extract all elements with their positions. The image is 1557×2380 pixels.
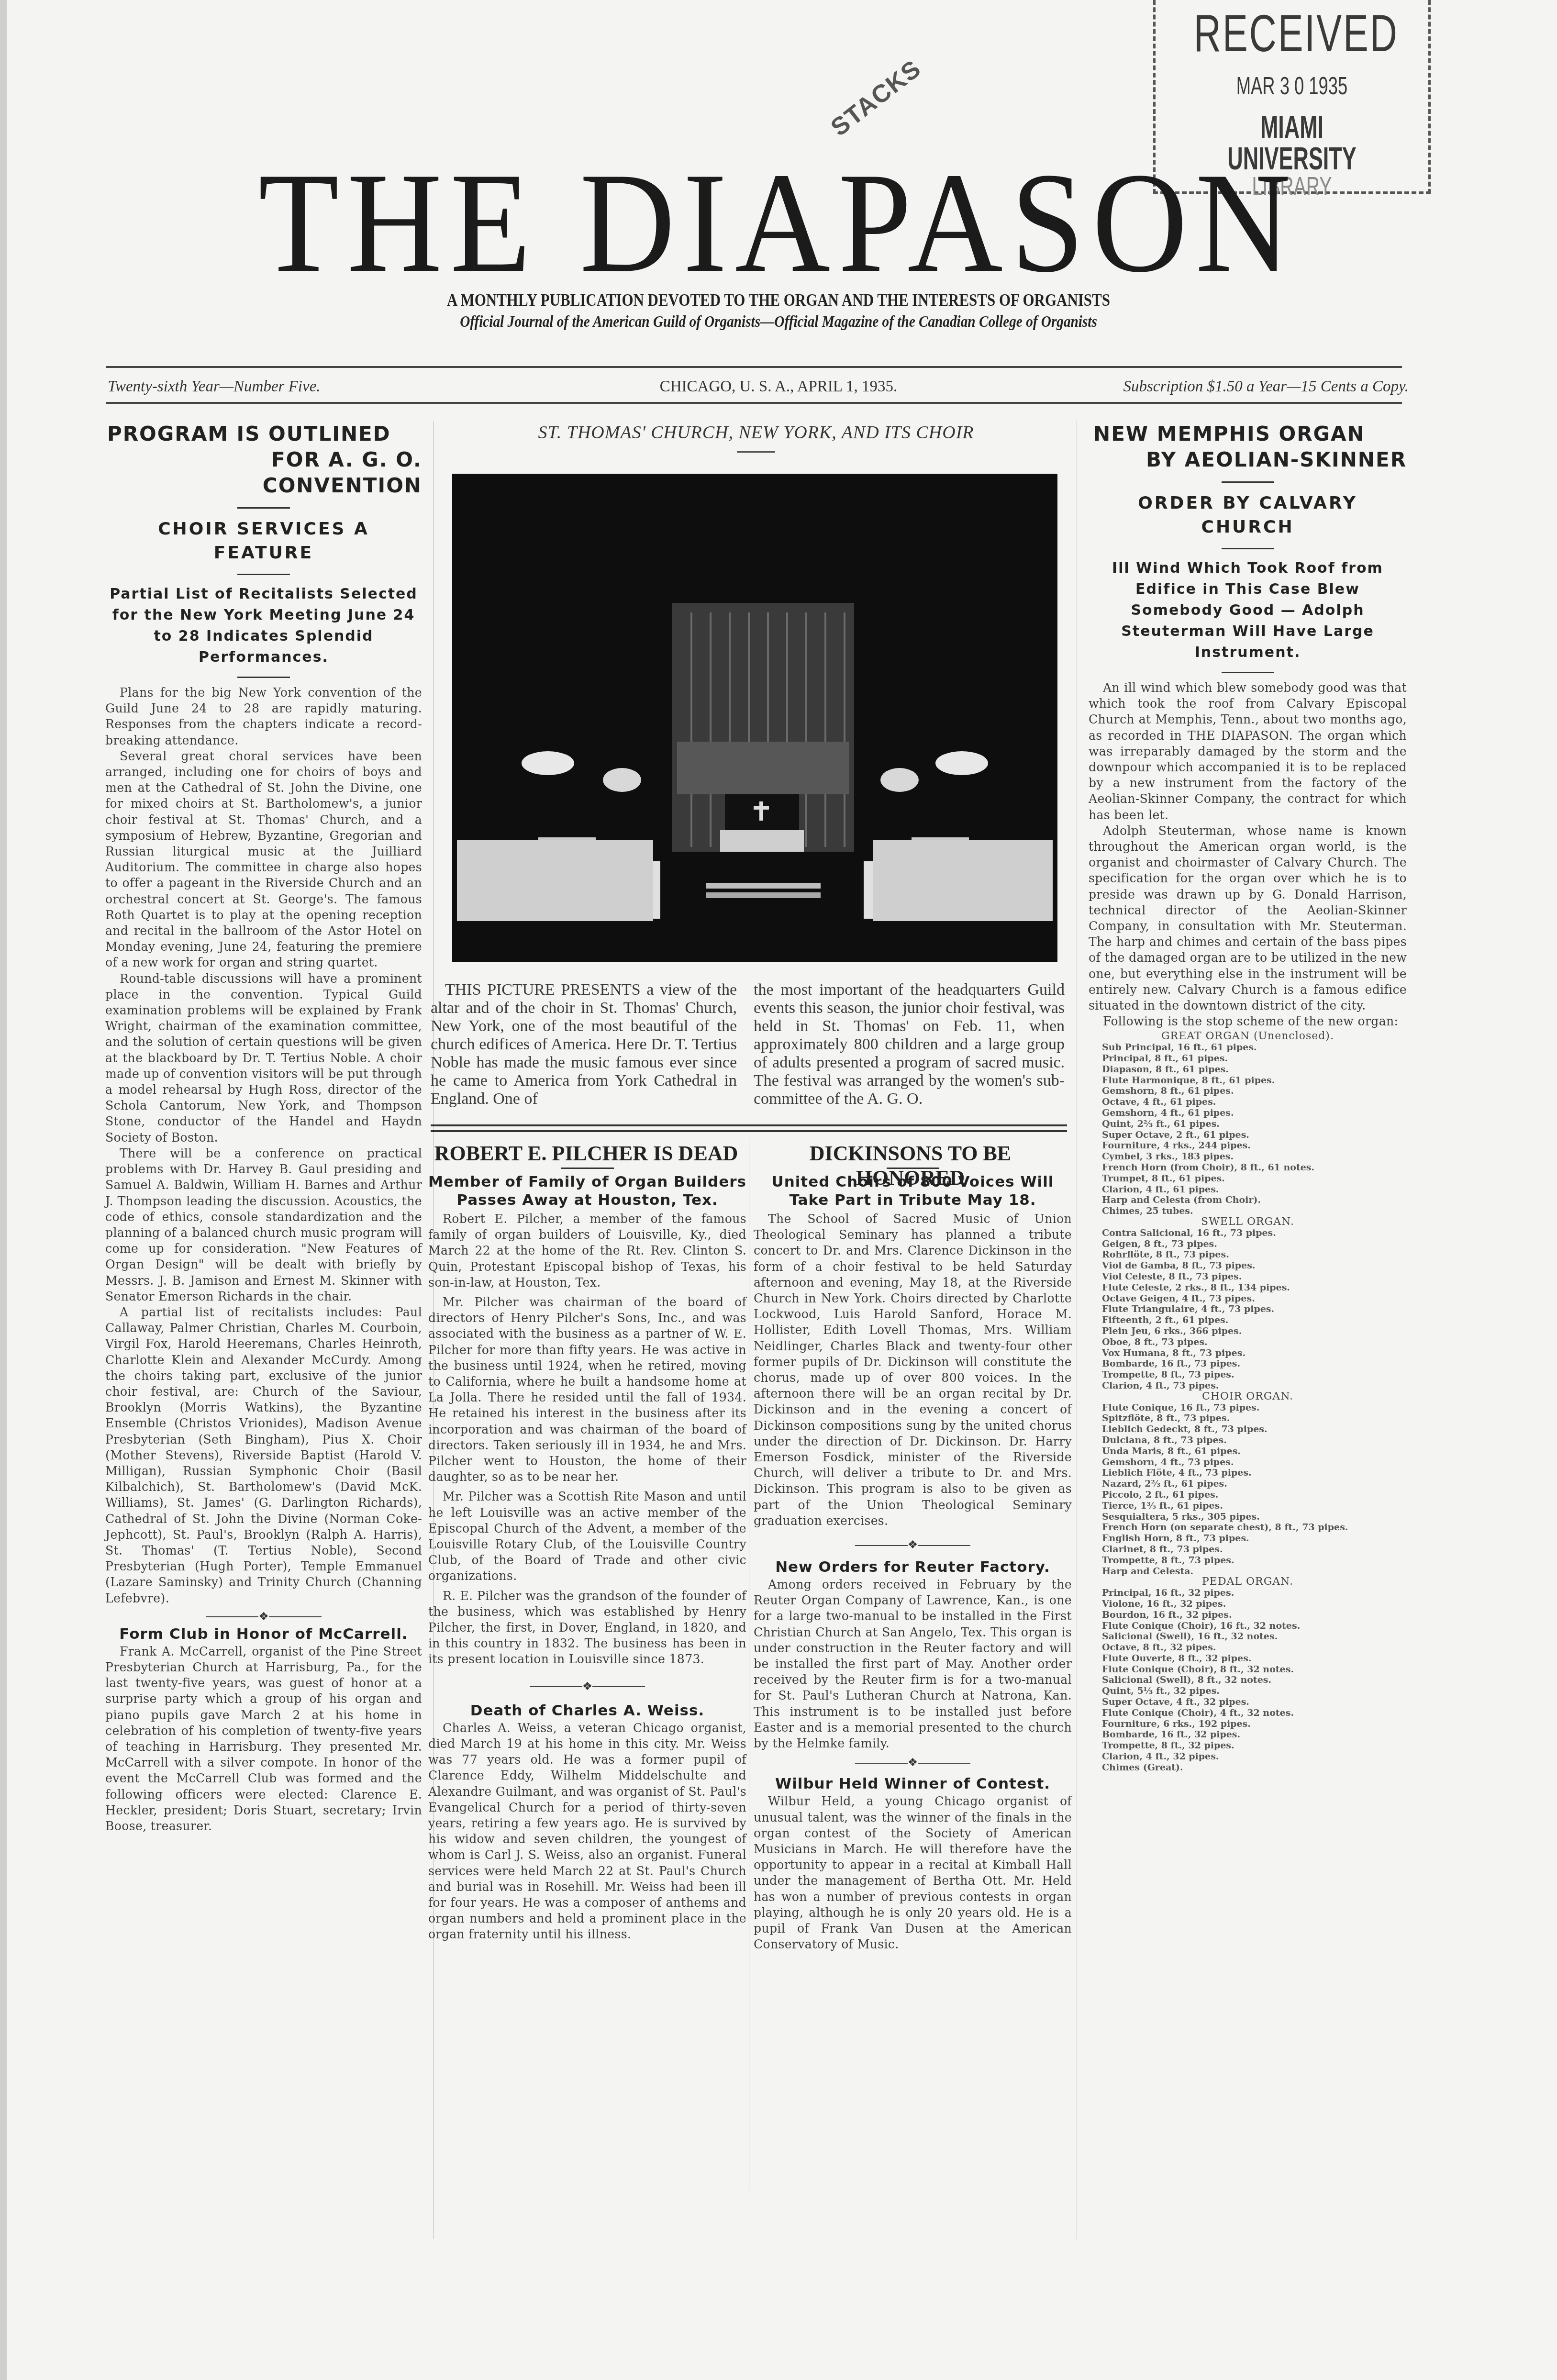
column-rule [1077, 421, 1077, 2239]
divider [1222, 672, 1274, 673]
stop-item: Viol de Gamba, 8 ft., 73 pipes. [1102, 1260, 1407, 1271]
stop-item: Flute Conique (Choir), 4 ft., 32 notes. [1102, 1708, 1407, 1719]
stop-item: Clarion, 4 ft., 61 pipes. [1102, 1184, 1407, 1195]
stop-item: Sub Principal, 16 ft., 61 pipes. [1102, 1042, 1407, 1053]
division-pedal: PEDAL ORGAN. [1089, 1577, 1407, 1588]
subscription-price: Subscription $1.50 a Year—15 Cents a Cop… [1123, 378, 1409, 396]
stop-item: Gemshorn, 4 ft., 73 pipes. [1102, 1457, 1407, 1468]
stop-item: French Horn (on separate chest), 8 ft., … [1102, 1522, 1407, 1533]
stamp-received-label: RECEIVED [1194, 5, 1390, 62]
stop-item: Harp and Celesta. [1102, 1566, 1407, 1577]
pilcher-headline: ROBERT E. PILCHER IS DEAD [431, 1141, 742, 1166]
page-left-edge [0, 0, 7, 2380]
altar-choir-image [452, 474, 1057, 962]
caption-left: THIS PICTURE PRESENTS a view of the alta… [431, 981, 737, 1108]
stop-item: Trompette, 8 ft., 73 pipes. [1102, 1369, 1407, 1380]
stop-item: Fifteenth, 2 ft., 61 pipes. [1102, 1315, 1407, 1326]
convention-paragraph: Plans for the big New York convention of… [105, 685, 422, 748]
stop-item: Clarinet, 8 ft., 73 pipes. [1102, 1544, 1407, 1555]
dickinsons-subhead: United Choirs of 800 Voices Will Take Pa… [754, 1173, 1072, 1209]
section-rule [431, 1124, 1067, 1126]
stop-item: Bourdon, 16 ft., 32 pipes. [1102, 1610, 1407, 1621]
masthead-subtitle: A MONTHLY PUBLICATION DEVOTED TO THE ORG… [109, 290, 1448, 310]
church-photo [452, 474, 1057, 962]
stop-scheme: GREAT ORGAN (Unenclosed). Sub Principal,… [1089, 1031, 1407, 1773]
stop-item: Chimes (Great). [1102, 1762, 1407, 1773]
right-column: NEW MEMPHIS ORGAN BY AEOLIAN-SKINNER ORD… [1089, 421, 1407, 1773]
stop-item: Flute Celeste, 2 rks., 8 ft., 134 pipes. [1102, 1282, 1407, 1293]
memphis-subdeck: Ill Wind Which Took Roof from Edifice in… [1089, 558, 1407, 663]
stop-item: Unda Maris, 8 ft., 61 pipes. [1102, 1446, 1407, 1457]
divider [887, 1168, 939, 1169]
stop-item: Chimes, 25 tubes. [1102, 1206, 1407, 1217]
memphis-headline-1: NEW MEMPHIS ORGAN [1089, 421, 1407, 447]
pilcher-paragraph: Mr. Pilcher was chairman of the board of… [428, 1294, 746, 1485]
convention-deck: CHOIR SERVICES A FEATURE [105, 517, 422, 565]
mccarrell-headline: Form Club in Honor of McCarrell. [105, 1624, 422, 1644]
weiss-headline: Death of Charles A. Weiss. [428, 1701, 746, 1720]
stop-item: Clarion, 4 ft., 73 pipes. [1102, 1380, 1407, 1391]
caption-right: the most important of the headquarters G… [754, 981, 1065, 1108]
left-column: PROGRAM IS OUTLINED FOR A. G. O. CONVENT… [105, 421, 422, 1834]
stop-item: Spitzflöte, 8 ft., 73 pipes. [1102, 1413, 1407, 1424]
stop-item: French Horn (from Choir), 8 ft., 61 note… [1102, 1162, 1407, 1173]
stop-item: Octave, 4 ft., 61 pipes. [1102, 1097, 1407, 1108]
stop-item: Quint, 5⅓ ft., 32 pipes. [1102, 1686, 1407, 1697]
top-rule [106, 366, 1402, 368]
stop-item: Bombarde, 16 ft., 32 pipes. [1102, 1729, 1407, 1740]
stop-item: Violone, 16 ft., 32 pipes. [1102, 1599, 1407, 1610]
convention-headline-1: PROGRAM IS OUTLINED [105, 421, 422, 447]
memphis-headline-2: BY AEOLIAN-SKINNER [1089, 447, 1407, 473]
stop-list-choir: Flute Conique, 16 ft., 73 pipes.Spitzflö… [1089, 1402, 1407, 1577]
stop-list-swell: Contra Salicional, 16 ft., 73 pipes.Geig… [1089, 1228, 1407, 1391]
stop-item: Salicional (Swell), 8 ft., 32 notes. [1102, 1675, 1407, 1686]
stop-item: Diapason, 8 ft., 61 pipes. [1102, 1064, 1407, 1075]
stop-item: Dulciana, 8 ft., 73 pipes. [1102, 1435, 1407, 1446]
stop-item: Flute Conique, 16 ft., 73 pipes. [1102, 1402, 1407, 1413]
masthead-official-line: Official Journal of the American Guild o… [109, 313, 1448, 331]
pilcher-paragraph: R. E. Pilcher was the grandson of the fo… [428, 1588, 746, 1668]
stop-item: Gemshorn, 4 ft., 61 pipes. [1102, 1108, 1407, 1119]
stop-item: Trompette, 8 ft., 73 pipes. [1102, 1555, 1407, 1566]
divider [237, 677, 290, 678]
stop-item: Fourniture, 6 rks., 192 pipes. [1102, 1719, 1407, 1730]
center-subcolumn-right: United Choirs of 800 Voices Will Take Pa… [754, 1168, 1072, 1952]
pilcher-paragraph: Mr. Pilcher was a Scottish Rite Mason an… [428, 1489, 746, 1584]
stop-item: Nazard, 2⅔ ft., 61 pipes. [1102, 1479, 1407, 1490]
pilcher-subhead: Member of Family of Organ Builders Passe… [428, 1173, 746, 1209]
stop-item: Super Octave, 2 ft., 61 pipes. [1102, 1130, 1407, 1141]
held-headline: Wilbur Held Winner of Contest. [754, 1774, 1072, 1793]
division-great: GREAT ORGAN (Unenclosed). [1089, 1031, 1407, 1042]
masthead-title: THE DIAPASON [62, 146, 1495, 299]
mccarrell-paragraph: Frank A. McCarrell, organist of the Pine… [105, 1644, 422, 1834]
stop-item: Super Octave, 4 ft., 32 pipes. [1102, 1697, 1407, 1708]
stop-item: Bombarde, 16 ft., 73 pipes. [1102, 1358, 1407, 1369]
convention-subdeck: Partial List of Recitalists Selected for… [105, 584, 422, 668]
stop-item: Principal, 8 ft., 61 pipes. [1102, 1053, 1407, 1064]
stop-item: Lieblich Gedeckt, 8 ft., 73 pipes. [1102, 1424, 1407, 1435]
ornament-divider: ❖ [105, 1610, 422, 1623]
stop-item: Quint, 2⅔ ft., 61 pipes. [1102, 1119, 1407, 1130]
stop-item: Lieblich Flöte, 4 ft., 73 pipes. [1102, 1468, 1407, 1479]
stop-item: Piccolo, 2 ft., 61 pipes. [1102, 1490, 1407, 1501]
weiss-paragraph: Charles A. Weiss, a veteran Chicago orga… [428, 1720, 746, 1943]
divider [1222, 481, 1274, 483]
division-choir: CHOIR ORGAN. [1089, 1391, 1407, 1402]
convention-paragraph: There will be a conference on practical … [105, 1146, 422, 1304]
stop-item: Sesquialtera, 5 rks., 305 pipes. [1102, 1512, 1407, 1523]
stop-item: Flute Conique (Choir), 16 ft., 32 notes. [1102, 1621, 1407, 1632]
stop-item: Octave Geigen, 4 ft., 73 pipes. [1102, 1293, 1407, 1304]
convention-paragraph: Several great choral services have been … [105, 748, 422, 971]
divider [237, 507, 290, 509]
divider [1222, 548, 1274, 549]
dickinsons-paragraph: The School of Sacred Music of Union Theo… [754, 1211, 1072, 1529]
divider [237, 574, 290, 575]
stop-item: Tierce, 1⅗ ft., 61 pipes. [1102, 1501, 1407, 1512]
stamp-date: MAR 3 0 1935 [1197, 72, 1388, 100]
stop-item: Principal, 16 ft., 32 pipes. [1102, 1588, 1407, 1599]
convention-paragraph: Round-table discussions will have a prom… [105, 971, 422, 1146]
pilcher-paragraph: Robert E. Pilcher, a member of the famou… [428, 1211, 746, 1290]
memphis-paragraph: Following is the stop scheme of the new … [1089, 1013, 1407, 1029]
ornament-divider: ❖ [428, 1680, 746, 1692]
photo-title: ST. THOMAS' CHURCH, NEW YORK, AND ITS CH… [450, 422, 1062, 443]
column-rule [749, 1139, 749, 2191]
stop-item: Rohrflöte, 8 ft., 73 pipes. [1102, 1249, 1407, 1260]
stacks-stamp: STACKS [825, 54, 927, 142]
stop-item: Flute Triangulaire, 4 ft., 73 pipes. [1102, 1304, 1407, 1315]
stop-item: Clarion, 4 ft., 32 pipes. [1102, 1751, 1407, 1762]
stop-item: Fourniture, 4 rks., 244 pipes. [1102, 1140, 1407, 1151]
held-paragraph: Wilbur Held, a young Chicago organist of… [754, 1793, 1072, 1952]
stop-item: Vox Humana, 8 ft., 73 pipes. [1102, 1348, 1407, 1359]
dateline-rule [106, 402, 1402, 404]
reuter-headline: New Orders for Reuter Factory. [754, 1557, 1072, 1577]
stop-item: Plein Jeu, 6 rks., 366 pipes. [1102, 1326, 1407, 1337]
stop-item: Harp and Celesta (from Choir). [1102, 1195, 1407, 1206]
memphis-paragraph: An ill wind which blew somebody good was… [1089, 680, 1407, 823]
section-rule [431, 1130, 1067, 1132]
divider [561, 1168, 614, 1169]
stop-item: Trompette, 8 ft., 32 pipes. [1102, 1740, 1407, 1751]
convention-headline-2: FOR A. G. O. CONVENTION [105, 447, 422, 499]
center-subcolumn-left: Member of Family of Organ Builders Passe… [428, 1168, 746, 1943]
stop-item: Flute Conique (Choir), 8 ft., 32 notes. [1102, 1664, 1407, 1675]
stop-item: Salicional (Swell), 16 ft., 32 notes. [1102, 1631, 1407, 1642]
stop-item: Flute Harmonique, 8 ft., 61 pipes. [1102, 1075, 1407, 1086]
divider [737, 451, 775, 453]
stop-item: Cymbel, 3 rks., 183 pipes. [1102, 1151, 1407, 1162]
stop-item: Oboe, 8 ft., 73 pipes. [1102, 1337, 1407, 1348]
stop-item: English Horn, 8 ft., 73 pipes. [1102, 1533, 1407, 1544]
ornament-divider: ❖ [754, 1756, 1072, 1768]
stop-item: Viol Celeste, 8 ft., 73 pipes. [1102, 1271, 1407, 1282]
division-swell: SWELL ORGAN. [1089, 1217, 1407, 1228]
convention-paragraph: A partial list of recitalists includes: … [105, 1304, 422, 1606]
memphis-deck: ORDER BY CALVARY CHURCH [1089, 491, 1407, 539]
stop-item: Octave, 8 ft., 32 pipes. [1102, 1642, 1407, 1653]
stop-item: Geigen, 8 ft., 73 pipes. [1102, 1239, 1407, 1250]
stop-list-great: Sub Principal, 16 ft., 61 pipes.Principa… [1089, 1042, 1407, 1217]
reuter-paragraph: Among orders received in February by the… [754, 1577, 1072, 1751]
ornament-divider: ❖ [754, 1538, 1072, 1551]
stop-item: Flute Ouverte, 8 ft., 32 pipes. [1102, 1653, 1407, 1664]
stop-item: Trumpet, 8 ft., 61 pipes. [1102, 1173, 1407, 1184]
stop-item: Contra Salicional, 16 ft., 73 pipes. [1102, 1228, 1407, 1239]
stop-list-pedal: Principal, 16 ft., 32 pipes.Violone, 16 … [1089, 1588, 1407, 1773]
stop-item: Gemshorn, 8 ft., 61 pipes. [1102, 1086, 1407, 1097]
memphis-paragraph: Adolph Steuterman, whose name is known t… [1089, 823, 1407, 1013]
